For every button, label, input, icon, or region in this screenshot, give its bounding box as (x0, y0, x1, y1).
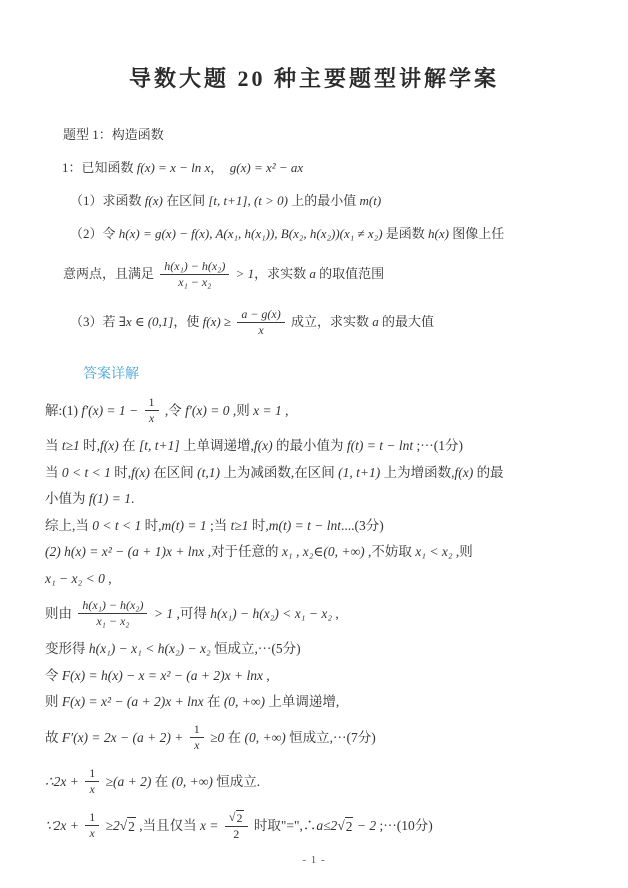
text-run: ， (210, 160, 230, 177)
math-run: (0, +∞) (172, 773, 213, 791)
solution-line: 故 F′(x) = 2x − (a + 2) + 1x ≥0 在 (0, +∞)… (45, 720, 588, 755)
solution-line: ∴2x + 1x ≥(a + 2) 在 (0, +∞) 恒成立. (45, 764, 588, 799)
fraction: 1x (85, 766, 99, 797)
page-title: 导数大题 20 种主要题型讲解学案 (0, 62, 628, 93)
text-run: （2）令 (70, 226, 119, 243)
text-run: 恒成立. (213, 773, 260, 791)
sqrt-radical: √2 (337, 817, 353, 836)
math-run: 0 < t < 1 (62, 464, 111, 482)
math-run: ≥0 (207, 729, 225, 747)
text-run: ,当且仅当 (136, 817, 200, 835)
text-run: ;当 (207, 517, 231, 535)
text-run: 变形得 (45, 640, 89, 658)
solution-line: 令 F(x) = h(x) − x = x² − (a + 2)x + lnx … (45, 667, 588, 685)
math-run: h(x₁) − h(x₂) (82, 598, 143, 613)
math-run: x (90, 782, 95, 797)
math-run: h(x) = g(x) − f(x), A(x₁, h(x₁)), B(x₂, … (119, 226, 383, 243)
text-run: 上为增函数, (380, 464, 454, 482)
problem-lines: 题型 1：构造函数1：已知函数 f(x) = x − ln x， g(x) = … (45, 125, 588, 340)
radical-sign-icon: √ (229, 810, 236, 826)
text-run: 在 (119, 437, 139, 455)
text-run: 时, (111, 464, 131, 482)
text-run: ;···(10分) (376, 817, 433, 835)
text-run: ,则 (453, 543, 473, 561)
text-run: 1 (194, 722, 200, 737)
sqrt-radical: √2 (120, 817, 136, 836)
text-run: 题型 1：构造函数 (63, 127, 164, 144)
math-run: f(t) = t − lnt (347, 437, 413, 455)
text-run: 意两点，且满足 (63, 266, 157, 283)
math-run: [t, t+1], (t > 0) (208, 193, 288, 210)
text-run: 则由 (45, 605, 75, 623)
fraction-numerator: 1 (190, 722, 204, 738)
text-run: 恒成立,···(7分) (286, 729, 376, 747)
sqrt-radical: √2 (229, 810, 244, 826)
radical-sign-icon: √ (337, 817, 344, 836)
math-run: x (149, 411, 154, 426)
radicand: 2 (236, 810, 244, 826)
math-run: t≥1 (231, 517, 249, 535)
fraction-denominator: x₁ − x₂ (92, 614, 133, 629)
solution-line: 小值为 f(1) = 1. (45, 490, 588, 508)
text-run: ，使 (173, 314, 202, 331)
solution-line: 解:(1) f′(x) = 1 − 1x ,令 f′(x) = 0 ,则 x =… (45, 393, 588, 428)
text-run: , (263, 667, 270, 685)
text-run: 令 (45, 667, 62, 685)
text-run: . (131, 490, 134, 508)
text-run: 2 (233, 827, 239, 842)
text-run: 上为减函数,在区间 (220, 464, 338, 482)
math-run: ∵2x + (45, 817, 82, 835)
math-run: x₁ − x₂ (178, 275, 211, 290)
problem-line: （3）若 ∃x ∈ (0,1]，使 f(x) ≥ a − g(x)x 成立，求实… (45, 305, 588, 340)
fraction-numerator: 1 (85, 766, 99, 782)
text-run: 成立，求实数 (288, 314, 373, 331)
radical-sign-icon: √ (120, 817, 127, 836)
fraction-denominator: 2 (229, 827, 243, 842)
math-run: (1, t+1) (338, 464, 380, 482)
problem-line: （2）令 h(x) = g(x) − f(x), A(x₁, h(x₁)), B… (45, 224, 588, 244)
text-run: 在区间 (150, 464, 197, 482)
text-run: 上单调递增, (265, 693, 339, 711)
fraction: 1x (85, 810, 99, 841)
text-run: ,可得 (173, 605, 210, 623)
text-run: 在 (151, 773, 171, 791)
fraction-numerator: 1 (85, 810, 99, 826)
solution-line: (2) h(x) = x² − (a + 1)x + lnx ,对于任意的 x₁… (45, 543, 588, 561)
text-run: 的取值范围 (316, 266, 384, 283)
math-run: h(x) (428, 226, 449, 243)
math-run: a≤2 (316, 817, 337, 835)
solution-lines: 解:(1) f′(x) = 1 − 1x ,令 f′(x) = 0 ,则 x =… (45, 393, 588, 844)
fraction-denominator: x₁ − x₂ (174, 275, 215, 290)
math-run: x = 1 (253, 402, 282, 420)
text-run: 1 (89, 766, 95, 781)
fraction: 1x (190, 722, 204, 753)
math-run: F′(x) = 2x − (a + 2) + (62, 729, 187, 747)
math-run: h(x₁) − h(x₂) (164, 259, 225, 274)
text-run: 时, (249, 517, 269, 535)
text-run: 故 (45, 729, 62, 747)
text-run: 2 (237, 811, 243, 825)
text-run: 则 (45, 693, 62, 711)
solution-line: ∵2x + 1x ≥2√2 ,当且仅当 x = √22 时取"=",∴a≤2√2… (45, 808, 588, 844)
math-run: x (258, 323, 263, 338)
math-run: h(x₁) − h(x₂) < x₁ − x₂ (210, 605, 332, 623)
fraction-numerator: h(x₁) − h(x₂) (160, 259, 229, 275)
fraction: a − g(x)x (237, 307, 284, 338)
text-run: 1 (89, 810, 95, 825)
math-run: a − g(x) (241, 307, 280, 322)
text-run: ，求实数 (254, 266, 309, 283)
text-run: 1 (149, 395, 155, 410)
answer-link[interactable]: 答案详解 (83, 363, 139, 383)
text-run: （3）若 (70, 314, 119, 331)
text-run: 解:(1) (45, 402, 81, 420)
problem-line: （1）求函数 f(x) 在区间 [t, t+1], (t > 0) 上的最小值 … (45, 191, 588, 211)
text-run: 综上,当 (45, 517, 92, 535)
math-run: f′(x) = 0 (185, 402, 229, 420)
math-run: (0, +∞) (224, 693, 265, 711)
math-run: m(t) = t − lnt (269, 517, 341, 535)
text-run: 当 (45, 464, 62, 482)
text-run: 在 (224, 729, 244, 747)
text-run: 的最 (473, 464, 503, 482)
fraction-numerator: h(x₁) − h(x₂) (78, 598, 147, 614)
math-run: x₁ − x₂ < 0 (45, 570, 105, 588)
math-run: − 2 (353, 817, 376, 835)
math-run: g(x) = x² − ax (230, 160, 303, 177)
text-run: , (282, 402, 289, 420)
fraction-numerator: √2 (225, 810, 248, 827)
text-run: 上的最小值 (288, 193, 360, 210)
text-run: 时取"=",∴ (251, 817, 317, 835)
text-run: 在区间 (163, 193, 209, 210)
math-run: f(x) (145, 193, 163, 210)
solution-line: 当 0 < t < 1 时,f(x) 在区间 (t,1) 上为减函数,在区间 (… (45, 464, 588, 482)
text-run: 1：已知函数 (62, 160, 137, 177)
fraction-denominator: x (254, 323, 267, 338)
math-run: f(x) = x − ln x (137, 160, 211, 177)
problem-line: 1：已知函数 f(x) = x − ln x， g(x) = x² − ax (45, 158, 588, 178)
fraction-numerator: 1 (145, 395, 159, 411)
solution-line: x₁ − x₂ < 0 , (45, 570, 588, 588)
problem-line: 意两点，且满足 h(x₁) − h(x₂)x₁ − x₂ > 1，求实数 a 的… (45, 257, 588, 292)
math-run: f(x) (131, 464, 150, 482)
solution-line: 变形得 h(x₁) − x₁ < h(x₂) − x₂ 恒成立,···(5分) (45, 640, 588, 658)
page-content: 题型 1：构造函数1：已知函数 f(x) = x − ln x， g(x) = … (0, 125, 628, 844)
math-run: x₁ < x₂ (415, 543, 452, 561)
fraction: h(x₁) − h(x₂)x₁ − x₂ (78, 598, 147, 629)
text-run: ,则 (229, 402, 253, 420)
solution-line: 当 t≥1 时,f(x) 在 [t, t+1] 上单调递增,f(x) 的最小值为… (45, 437, 588, 455)
text-run: , (332, 605, 339, 623)
text-run: 的最大值 (379, 314, 434, 331)
math-run: ∃x ∈ (0,1] (119, 314, 174, 331)
text-run: 的最小值为 (273, 437, 347, 455)
text-run: , (105, 570, 112, 588)
math-run: (t,1) (197, 464, 220, 482)
fraction-denominator: x (86, 782, 99, 797)
math-run: F(x) = x² − (a + 2)x + lnx (62, 693, 204, 711)
math-run: f(x) (454, 464, 473, 482)
math-run: x₁ , x₂∈(0, +∞) (282, 543, 365, 561)
text-run: 图像上任 (449, 226, 504, 243)
math-run: m(t) = 1 (161, 517, 206, 535)
radicand: 2 (127, 817, 136, 836)
fraction: h(x₁) − h(x₂)x₁ − x₂ (160, 259, 229, 290)
math-run: F(x) = h(x) − x = x² − (a + 2)x + lnx (62, 667, 263, 685)
math-run: h(x₁) − x₁ < h(x₂) − x₂ (89, 640, 211, 658)
text-run: 时, (141, 517, 161, 535)
math-run: ≥(a + 2) (102, 773, 151, 791)
math-run: f(x) (254, 437, 273, 455)
solution-line: 则由 h(x₁) − h(x₂)x₁ − x₂ > 1 ,可得 h(x₁) − … (45, 596, 588, 631)
math-run: [t, t+1] (139, 437, 180, 455)
page-number: - 1 - (0, 854, 628, 866)
fraction: 1x (145, 395, 159, 426)
solution-line: 则 F(x) = x² − (a + 2)x + lnx 在 (0, +∞) 上… (45, 693, 588, 711)
math-run: x (90, 826, 95, 841)
text-run: 小值为 (45, 490, 89, 508)
math-run: (2) h(x) = x² − (a + 1)x + lnx (45, 543, 204, 561)
math-run: > 1 (232, 266, 254, 283)
radicand: 2 (345, 817, 354, 836)
text-run: 当 (45, 437, 62, 455)
document-page: 导数大题 20 种主要题型讲解学案 题型 1：构造函数1：已知函数 f(x) =… (0, 0, 628, 888)
text-run: ,令 (162, 402, 186, 420)
math-run: (0, +∞) (245, 729, 286, 747)
math-run: f(1) = 1 (89, 490, 131, 508)
math-run: ≥2 (102, 817, 120, 835)
text-run: 2 (128, 819, 135, 834)
math-run: x (194, 738, 199, 753)
math-run: f(x) (100, 437, 119, 455)
text-run: 2 (346, 819, 353, 834)
math-run: x = (200, 817, 222, 835)
text-run: 上单调递增, (180, 437, 254, 455)
math-run: f′(x) = 1 − (81, 402, 141, 420)
text-run: 时, (80, 437, 100, 455)
math-run: m(t) (360, 193, 382, 210)
text-run: ,对于任意的 (204, 543, 282, 561)
fraction-numerator: a − g(x) (237, 307, 284, 323)
fraction-denominator: x (190, 738, 203, 753)
text-run: 是函数 (383, 226, 429, 243)
text-run: 在 (204, 693, 224, 711)
math-run: t≥1 (62, 437, 80, 455)
problem-line: 题型 1：构造函数 (45, 125, 588, 145)
math-run: x₁ − x₂ (96, 614, 129, 629)
math-run: > 1 (150, 605, 173, 623)
solution-line: 综上,当 0 < t < 1 时,m(t) = 1 ;当 t≥1 时,m(t) … (45, 517, 588, 535)
math-run: 0 < t < 1 (92, 517, 141, 535)
text-run: （1）求函数 (70, 193, 145, 210)
fraction-denominator: x (145, 411, 158, 426)
text-run: 恒成立,···(5分) (211, 640, 301, 658)
text-run: ;···(1分) (413, 437, 463, 455)
text-run: ,不妨取 (365, 543, 416, 561)
fraction-denominator: x (86, 826, 99, 841)
fraction: √22 (225, 810, 248, 842)
text-run: ....(3分) (341, 517, 384, 535)
math-run: ∴2x + (45, 773, 82, 791)
math-run: f(x) ≥ (203, 314, 235, 331)
